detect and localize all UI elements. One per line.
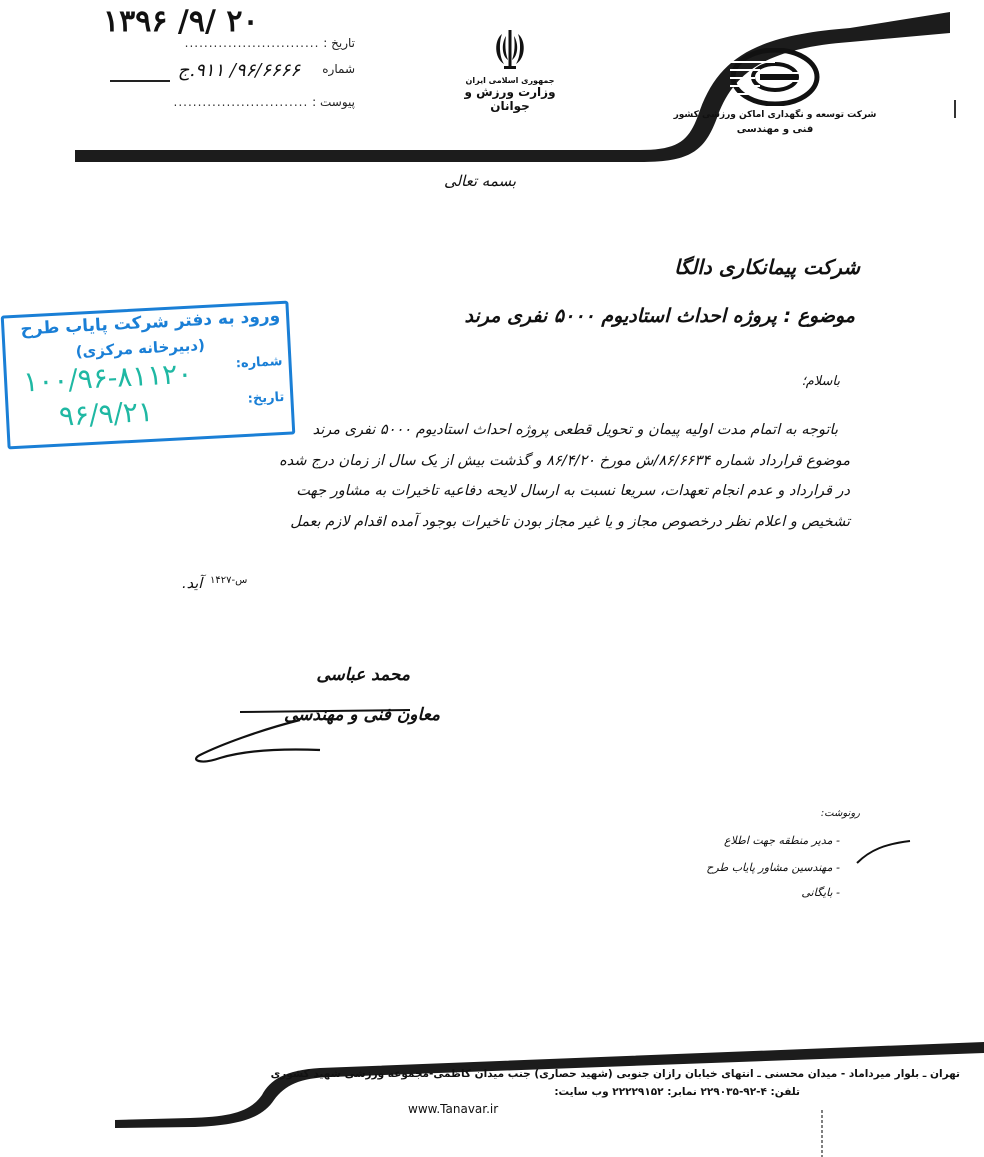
invocation: بسمه تعالی	[440, 172, 520, 190]
cc-checkmark	[855, 838, 915, 868]
recipient: شرکت پیمانکاری دالگا	[600, 255, 860, 279]
cc-item: - مدیر منطقه جهت اطلاع	[680, 834, 840, 847]
body-line: تشخیص و اعلام نظر درخصوص مجاز و یا غیر م…	[182, 507, 850, 538]
company-emblem-icon	[730, 48, 820, 106]
date-label: تاریخ :	[323, 36, 355, 50]
ministry-country: جمهوری اسلامی ایران	[445, 76, 575, 85]
body-line: باتوجه به اتمام مدت اولیه پیمان و تحویل …	[182, 415, 850, 446]
number-label: شماره	[322, 62, 355, 76]
company-department: فنی و مهندسی	[670, 124, 880, 135]
footer-phone: تلفن: ۴-۹۲-۲۲۹۰۳۵ نمابر: ۲۲۲۲۹۱۵۲ وب سای…	[370, 1086, 800, 1098]
subject: موضوع : پروژه احداث استادیوم ۵۰۰۰ نفری م…	[400, 305, 855, 327]
signer-name: محمد عباسی	[285, 665, 410, 685]
footer-website[interactable]: www.Tanavar.ir	[408, 1102, 498, 1116]
letter-body: باتوجه به اتمام مدت اولیه پیمان و تحویل …	[182, 415, 850, 537]
cc-label: رونوشت:	[780, 808, 860, 819]
body-line: آید.	[182, 569, 202, 600]
body-line: موضوع قرارداد شماره ۸۶/۶۶۳۴/ش مورخ ۸۶/۴/…	[182, 446, 850, 477]
handwritten-number: ۹۶/۶۶۶۶/ ۹۱۱.ج	[135, 60, 300, 81]
stamp-date-value: ۹۶/۹/۲۱	[58, 395, 154, 433]
ministry-logo: جمهوری اسلامی ایران وزارت ورزش و جوانان	[445, 28, 575, 113]
ministry-name: وزارت ورزش و جوانان	[445, 85, 575, 113]
cc-item: - مهندسین مشاور پایاب طرح	[660, 861, 840, 874]
stamp-number-value: ۱۰۰/۹۶-۸۱۱۲۰	[22, 357, 193, 399]
greeting: باسلام؛	[740, 374, 840, 389]
cc-item: - بایگانی	[760, 886, 840, 899]
company-logo: شرکت توسعه و نگهداری اماکن ورزشی کشور فن…	[670, 48, 880, 135]
stamp-number-label: شماره:	[235, 354, 282, 371]
attachment-label: پیوست :	[312, 95, 355, 109]
signature-scribble	[180, 700, 420, 770]
attachment-field: پیوست : ............................	[135, 95, 355, 109]
body-line: در قرارداد و عدم انجام تعهدات، سریعا نسب…	[182, 476, 850, 507]
iran-emblem-icon	[490, 28, 530, 72]
company-name: شرکت توسعه و نگهداری اماکن ورزشی کشور	[670, 110, 880, 120]
footer-address: تهران ـ بلوار میرداماد - میدان محسنی ـ ا…	[260, 1068, 960, 1080]
stamp-date-label: تاریخ:	[247, 390, 284, 407]
attachment-dots: ............................	[174, 95, 309, 109]
handwritten-date: ۱۳۹۶ /۹/ ۲۰	[103, 4, 259, 39]
date-field: تاریخ : ............................	[135, 36, 355, 50]
reference-code: س-۱۴۲۷	[210, 575, 247, 586]
date-dots: ............................	[185, 36, 320, 50]
number-underline	[110, 80, 170, 82]
footer-phone-text: تلفن: ۴-۹۲-۲۲۹۰۳۵ نمابر: ۲۲۲۲۹۱۵۲ وب سای…	[554, 1086, 800, 1098]
